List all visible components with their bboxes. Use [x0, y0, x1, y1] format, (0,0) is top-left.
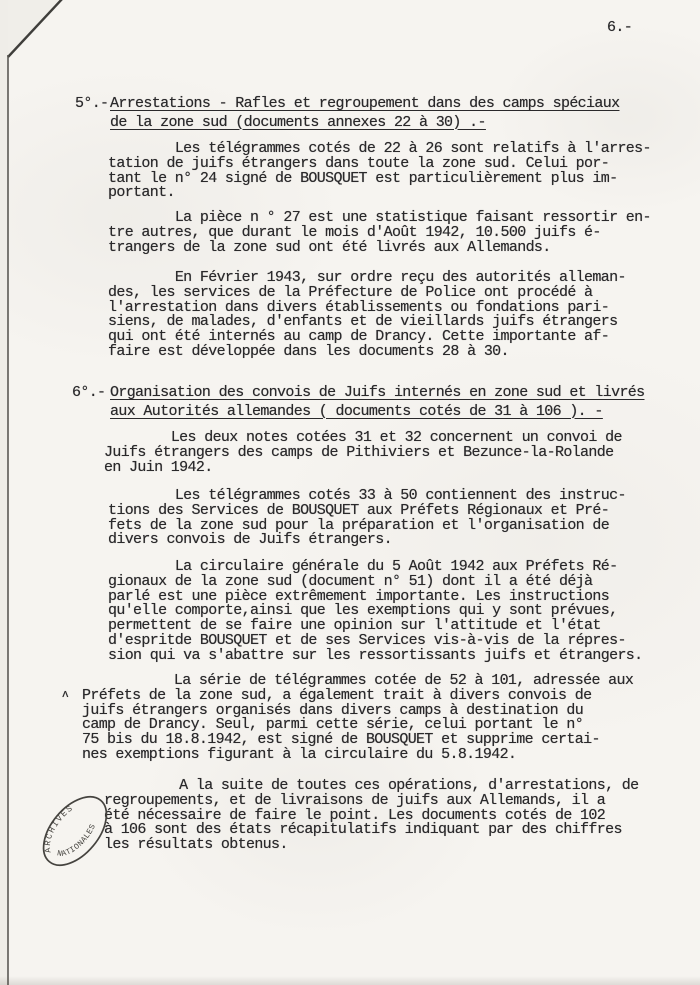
page-number: 6.- [607, 21, 632, 36]
section-6-number: 6°.- [72, 384, 105, 403]
paragraph: Les télégrammes cotés 33 à 50 contiennen… [108, 489, 688, 548]
section-5-title: Arrestations - Rafles et regroupement da… [110, 95, 690, 132]
scanned-document-page: 6.- 5°.- Arrestations - Rafles et regrou… [0, 0, 700, 985]
page-left-margin-strip [0, 0, 8, 985]
archives-nationales-stamp-icon: ARCHIVES NATIONALES [24, 781, 130, 877]
paragraph: La série de télégrammes cotée de 52 à 10… [82, 674, 662, 763]
paragraph: En Février 1943, sur ordre reçu des auto… [108, 271, 688, 360]
bottom-scan-shadow [0, 976, 700, 985]
corner-fold-line [8, 0, 63, 57]
paragraph: Les deux notes cotées 31 et 32 concernen… [104, 431, 684, 475]
section-6-title: Organisation des convois de Juifs intern… [110, 384, 690, 421]
section-5-number: 5°.- [75, 95, 108, 114]
stamp-oval-outline [31, 785, 118, 876]
margin-caret-mark: ʌ [62, 688, 69, 703]
paragraph: La pièce n ° 27 est une statistique fais… [108, 211, 688, 255]
paragraph: A la suite de toutes ces opérations, d'a… [104, 779, 684, 853]
paragraph: Les télégrammes cotés de 22 à 26 sont re… [108, 142, 688, 201]
paragraph: La circulaire générale du 5 Août 1942 au… [108, 560, 688, 664]
corner-fold-area [8, 0, 62, 57]
